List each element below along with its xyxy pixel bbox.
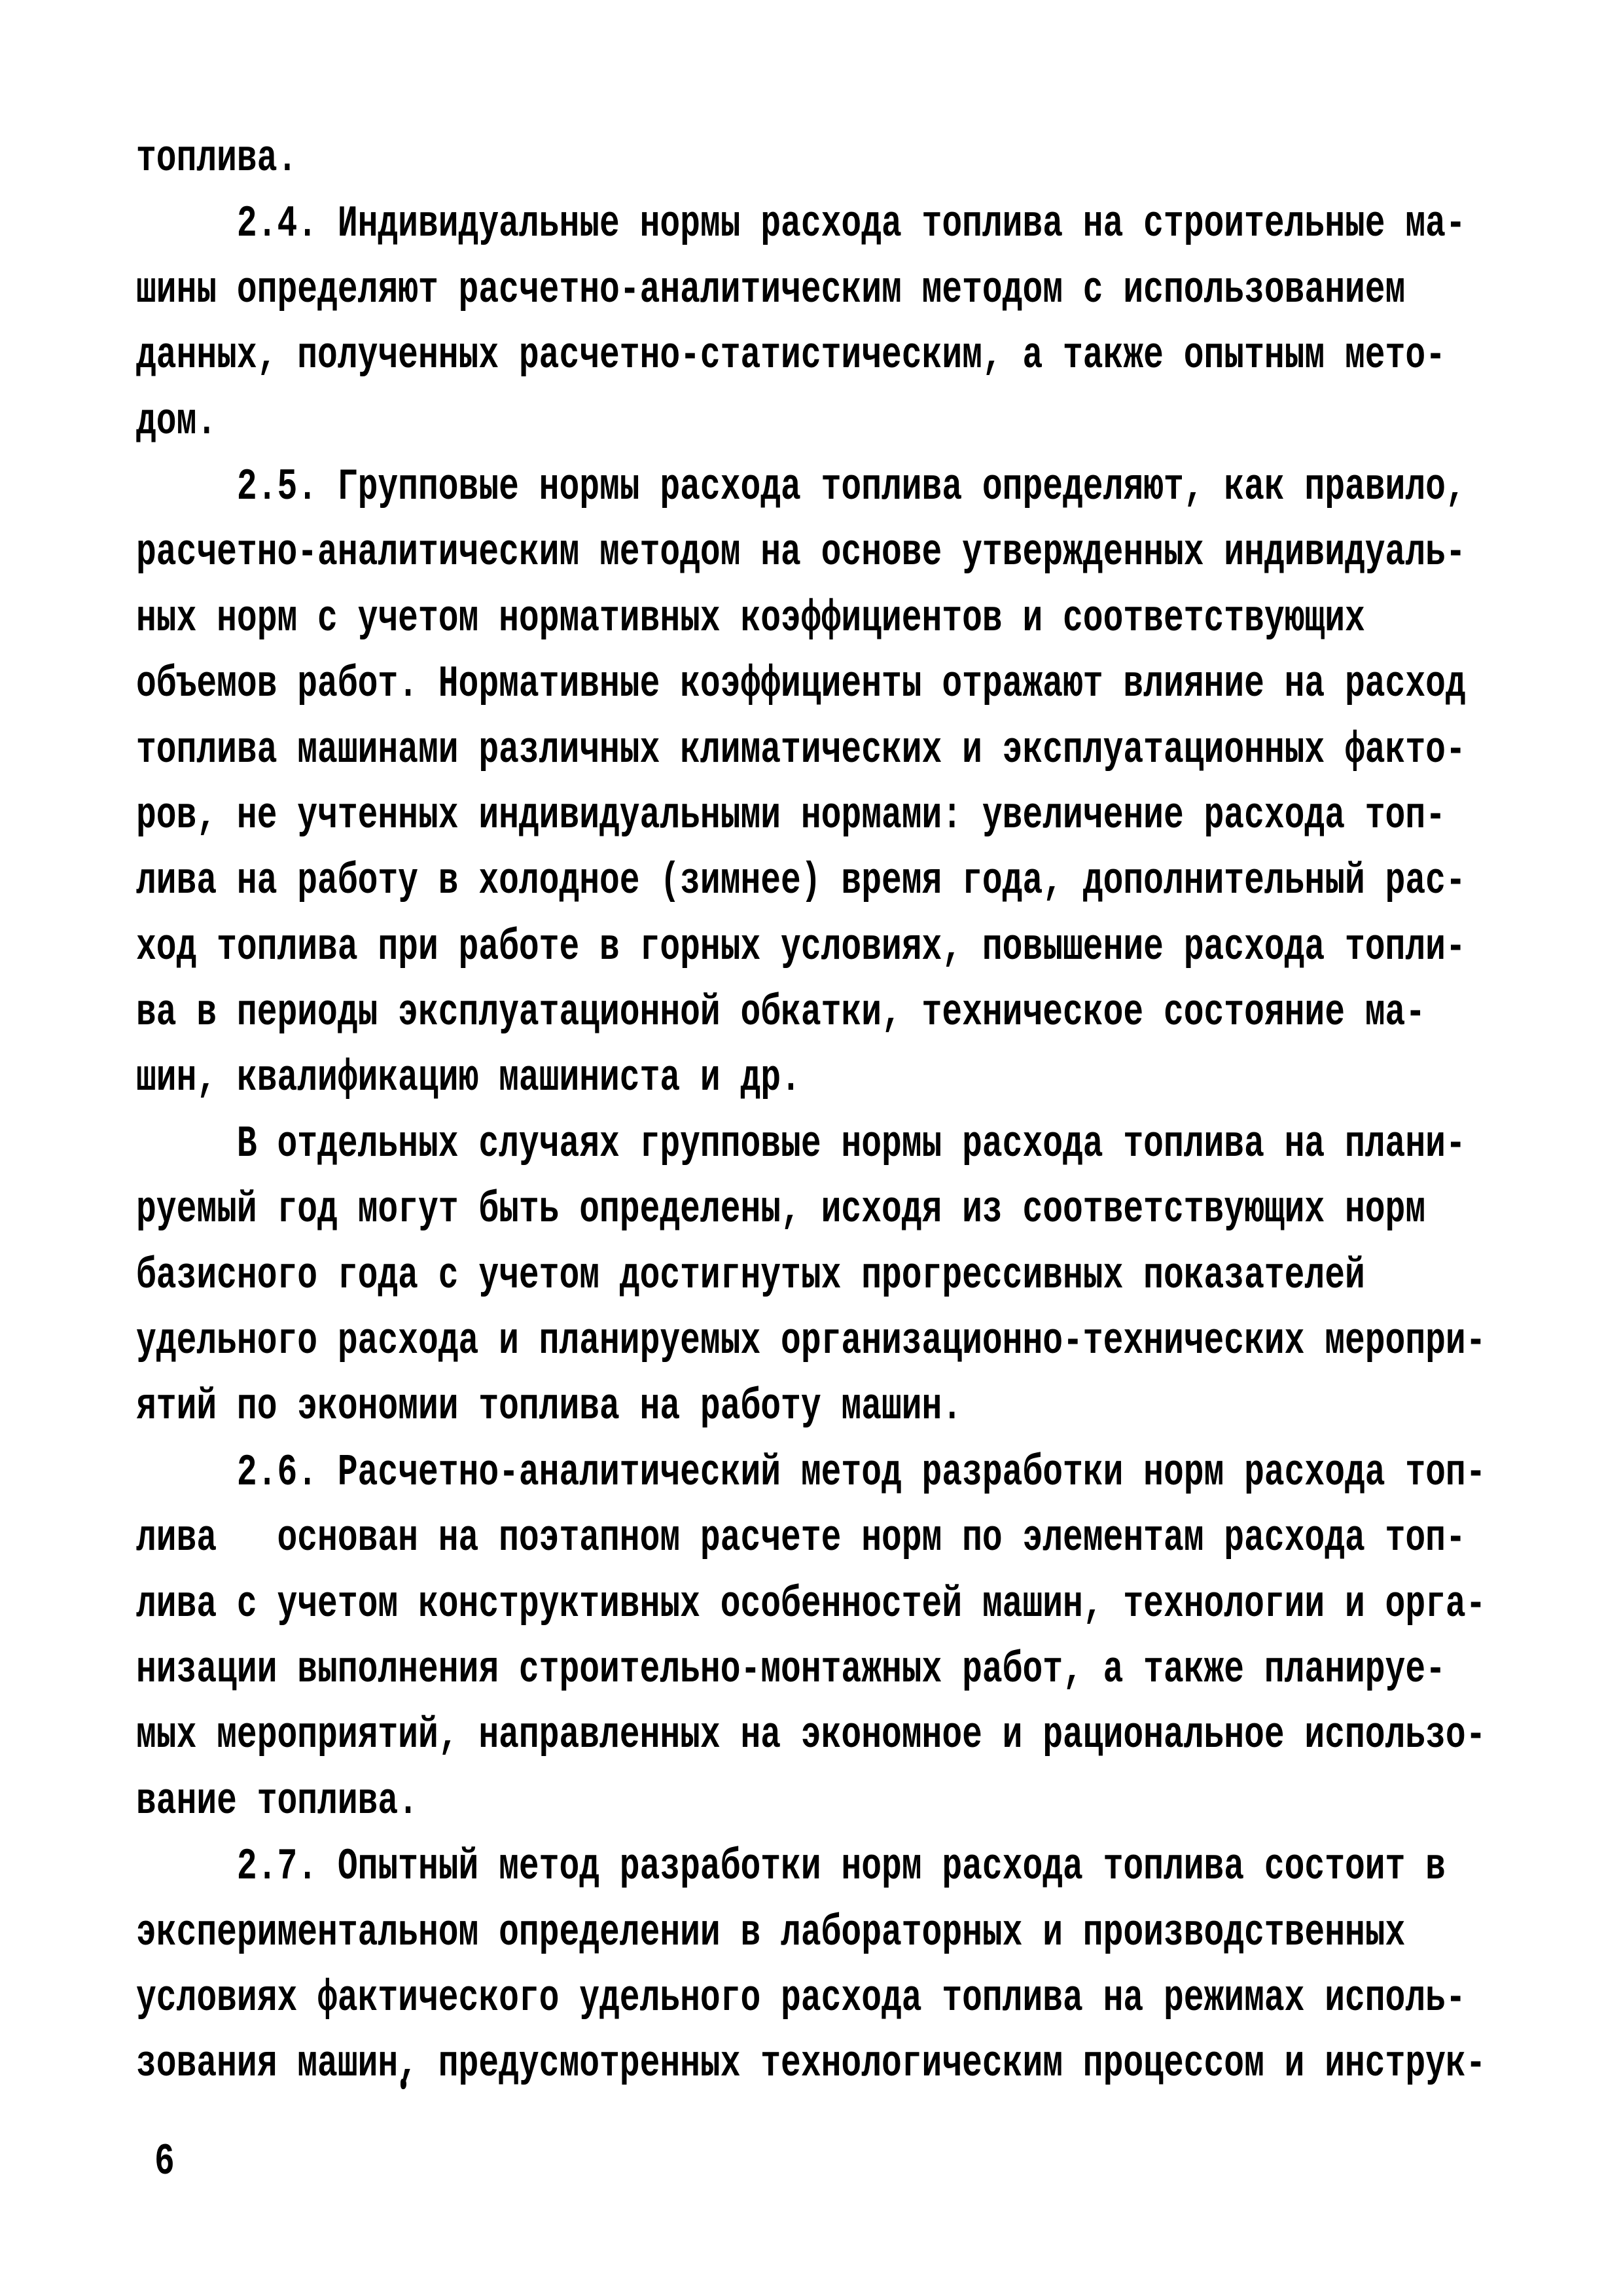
body-text: топлива. 2.4. Индивидуальные нормы расхо… xyxy=(136,126,1550,2098)
scan-ink-speck xyxy=(401,2079,406,2089)
page-number: 6 xyxy=(154,2119,175,2206)
text-line: зования машин, предусмотренных технологи… xyxy=(136,2021,1550,2108)
scanned-document-page: топлива. 2.4. Индивидуальные нормы расхо… xyxy=(0,0,1623,2296)
